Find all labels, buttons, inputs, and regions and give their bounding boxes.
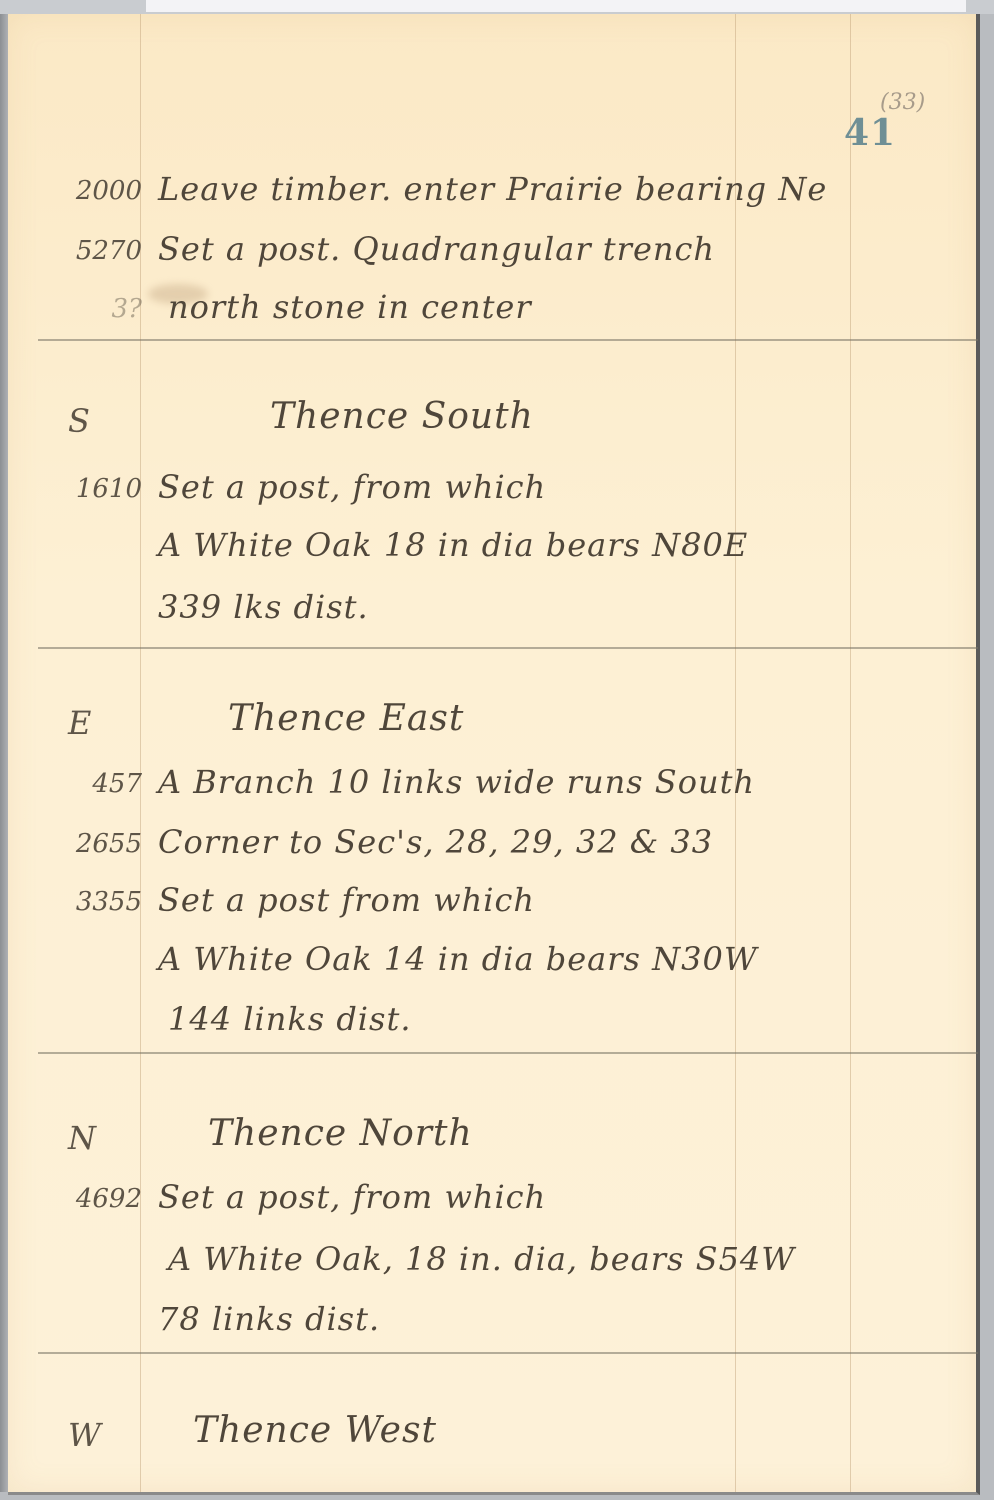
section-heading-row: N Thence North [8,1109,976,1165]
distance-chains: 2000 [38,176,142,206]
entry-text: A White Oak 18 in dia bears N80E [158,526,748,564]
entry-line: 2000 Leave timber. enter Prairie bearing… [8,166,976,222]
section-heading-row: W Thence West [8,1406,976,1462]
direction-label: E [68,704,172,742]
entry-line: 3355 Set a post from which [8,877,976,933]
entry-text: Set a post from which [158,881,535,919]
section-heading: Thence East [228,698,464,739]
direction-label: N [68,1119,172,1157]
section-heading-row: S Thence South [8,392,976,448]
scan-top-highlight [146,0,966,12]
distance-chains: 3? [38,294,142,324]
notebook-page: (33) 41 2000 Leave timber. enter Prairie… [8,14,980,1495]
distance-chains: 1610 [38,474,142,504]
scan-top-edge [0,0,994,14]
entry-line: 4692 Set a post, from which [8,1174,976,1230]
entry-text: Set a post, from which [158,1178,546,1216]
section-divider [38,647,978,649]
distance-chains: 5270 [38,236,142,266]
distance-chains: 4692 [38,1184,142,1214]
entry-text: 144 links dist. [168,1000,411,1038]
page-number: 41 [844,112,896,154]
entry-text: Leave timber. enter Prairie bearing Ne [158,170,827,208]
entry-text: A White Oak 14 in dia bears N30W [158,940,758,978]
entry-text: Set a post. Quadrangular trench [158,230,715,268]
distance-chains: 457 [38,769,142,799]
section-heading: Thence West [193,1410,437,1451]
section-divider [38,1052,978,1054]
section-heading: Thence North [208,1113,473,1154]
entry-line: 457 A Branch 10 links wide runs South [8,759,976,815]
entry-line: 339 lks dist. [8,584,976,640]
direction-label: W [68,1416,172,1454]
entry-line: 1610 Set a post, from which [8,464,976,520]
entry-text: north stone in center [168,288,532,326]
section-divider [38,339,978,341]
direction-label: S [68,402,172,440]
entry-line: 2655 Corner to Sec's, 28, 29, 32 & 33 [8,819,976,875]
distance-chains: 3355 [38,887,142,917]
entry-text: 339 lks dist. [158,588,369,626]
distance-chains: 2655 [38,829,142,859]
section-heading: Thence South [270,396,534,437]
entry-line: A White Oak 18 in dia bears N80E [8,522,976,578]
section-heading-row: E Thence East [8,694,976,750]
entry-line: A White Oak, 18 in. dia, bears S54W [8,1236,976,1292]
entry-line: 78 links dist. [8,1296,976,1352]
entry-text: 78 links dist. [158,1300,380,1338]
entry-line: 3? north stone in center [8,284,976,340]
entry-line: 5270 Set a post. Quadrangular trench [8,226,976,282]
entry-line: A White Oak 14 in dia bears N30W [8,936,976,992]
entry-text: Set a post, from which [158,468,546,506]
section-divider [38,1352,978,1354]
entry-text: Corner to Sec's, 28, 29, 32 & 33 [158,823,713,861]
entry-text: A White Oak, 18 in. dia, bears S54W [168,1240,795,1278]
entry-text: A Branch 10 links wide runs South [158,763,755,801]
entry-line: 144 links dist. [8,996,976,1052]
